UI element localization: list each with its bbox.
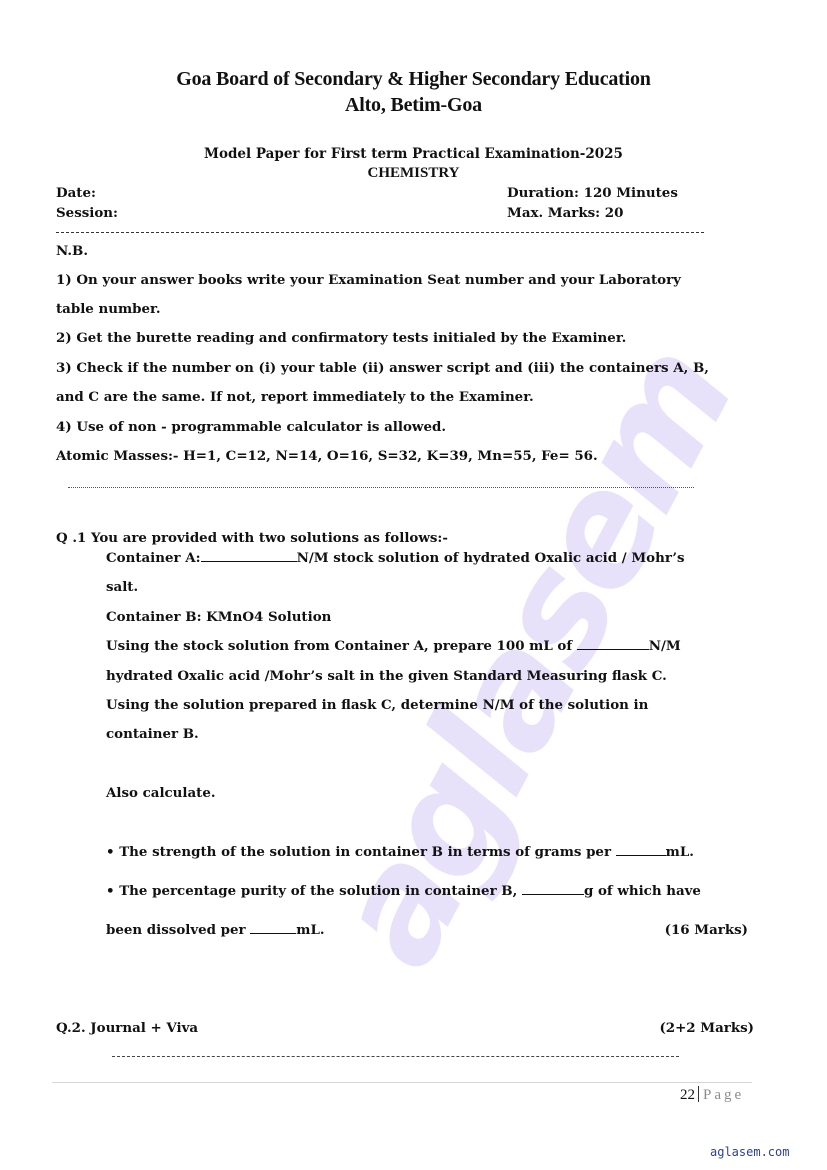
note-3: 3) Check if the number on (i) your table… — [56, 360, 709, 376]
page-number: 22 — [680, 1087, 695, 1103]
bullet-purity-cont-text: been dissolved per — [106, 922, 250, 938]
container-b: Container B: KMnO4 Solution — [106, 609, 331, 625]
prep-blank — [577, 648, 649, 650]
end-divider — [112, 1056, 679, 1057]
prep-line-2: hydrated Oxalic acid /Mohr’s salt in the… — [106, 668, 667, 684]
q2-marks: (2+2 Marks) — [659, 1020, 754, 1036]
board-title: Goa Board of Secondary & Higher Secondar… — [0, 68, 827, 91]
prep-line-1: Using the stock solution from Container … — [106, 638, 681, 654]
bullet-strength-unit: mL. — [666, 844, 694, 860]
prep-line-1-unit: N/M — [649, 638, 681, 654]
note-3-cont: and C are the same. If not, report immed… — [56, 389, 534, 405]
note-2: 2) Get the burette reading and confirmat… — [56, 330, 626, 346]
duration-text: Duration: 120 Minutes — [507, 185, 678, 201]
bullet-purity-unit: g of which have — [584, 883, 701, 899]
note-1: 1) On your answer books write your Exami… — [56, 272, 681, 288]
q1-intro: Q .1 You are provided with two solutions… — [56, 530, 448, 546]
prep-line-4: container B. — [106, 726, 199, 742]
session-label: Session: — [56, 205, 118, 221]
q2-text: Q.2. Journal + Viva — [56, 1020, 198, 1036]
nb-heading: N.B. — [56, 243, 88, 259]
container-a: Container A:N/M stock solution of hydrat… — [106, 550, 685, 566]
atomic-masses: Atomic Masses:- H=1, C=12, N=14, O=16, S… — [56, 448, 598, 464]
header-divider — [56, 232, 704, 233]
subject-title: CHEMISTRY — [0, 165, 827, 182]
max-marks-text: Max. Marks: 20 — [507, 205, 623, 221]
atomic-masses-label: Atomic Masses:- — [56, 448, 178, 464]
q1-marks: (16 Marks) — [665, 922, 748, 938]
container-a-desc: N/M stock solution of hydrated Oxalic ac… — [297, 550, 685, 566]
bullet-purity-cont-unit: mL. — [296, 922, 324, 938]
container-a-blank — [201, 560, 297, 562]
page-separator — [698, 1086, 699, 1102]
date-label: Date: — [56, 185, 96, 201]
page-word: Page — [703, 1087, 744, 1103]
prep-line-3: Using the solution prepared in flask C, … — [106, 697, 648, 713]
bullet-purity-cont: been dissolved per mL. — [106, 922, 325, 938]
site-link[interactable]: aglasem.com — [710, 1145, 789, 1159]
board-location: Alto, Betim-Goa — [0, 94, 827, 117]
bullet-purity: • The percentage purity of the solution … — [106, 883, 701, 899]
container-a-label: Container A: — [106, 550, 201, 566]
note-4: 4) Use of non - programmable calculator … — [56, 419, 446, 435]
page-footer: 22Page — [680, 1086, 744, 1104]
bullet-strength-text: • The strength of the solution in contai… — [106, 844, 616, 860]
paper-title: Model Paper for First term Practical Exa… — [0, 146, 827, 162]
bullet-purity-blank — [522, 893, 584, 895]
prep-line-1-text: Using the stock solution from Container … — [106, 638, 577, 654]
atomic-masses-values: H=1, C=12, N=14, O=16, S=32, K=39, Mn=55… — [178, 448, 597, 464]
footer-rule — [52, 1082, 752, 1083]
also-calculate: Also calculate. — [106, 785, 216, 801]
note-1-cont: table number. — [56, 301, 161, 317]
bullet-purity-text: • The percentage purity of the solution … — [106, 883, 522, 899]
bullet-strength: • The strength of the solution in contai… — [106, 844, 694, 860]
bullet-strength-blank — [616, 854, 666, 856]
bullet-purity-cont-blank — [250, 932, 296, 934]
notes-divider — [68, 487, 694, 488]
container-a-cont: salt. — [106, 579, 138, 595]
